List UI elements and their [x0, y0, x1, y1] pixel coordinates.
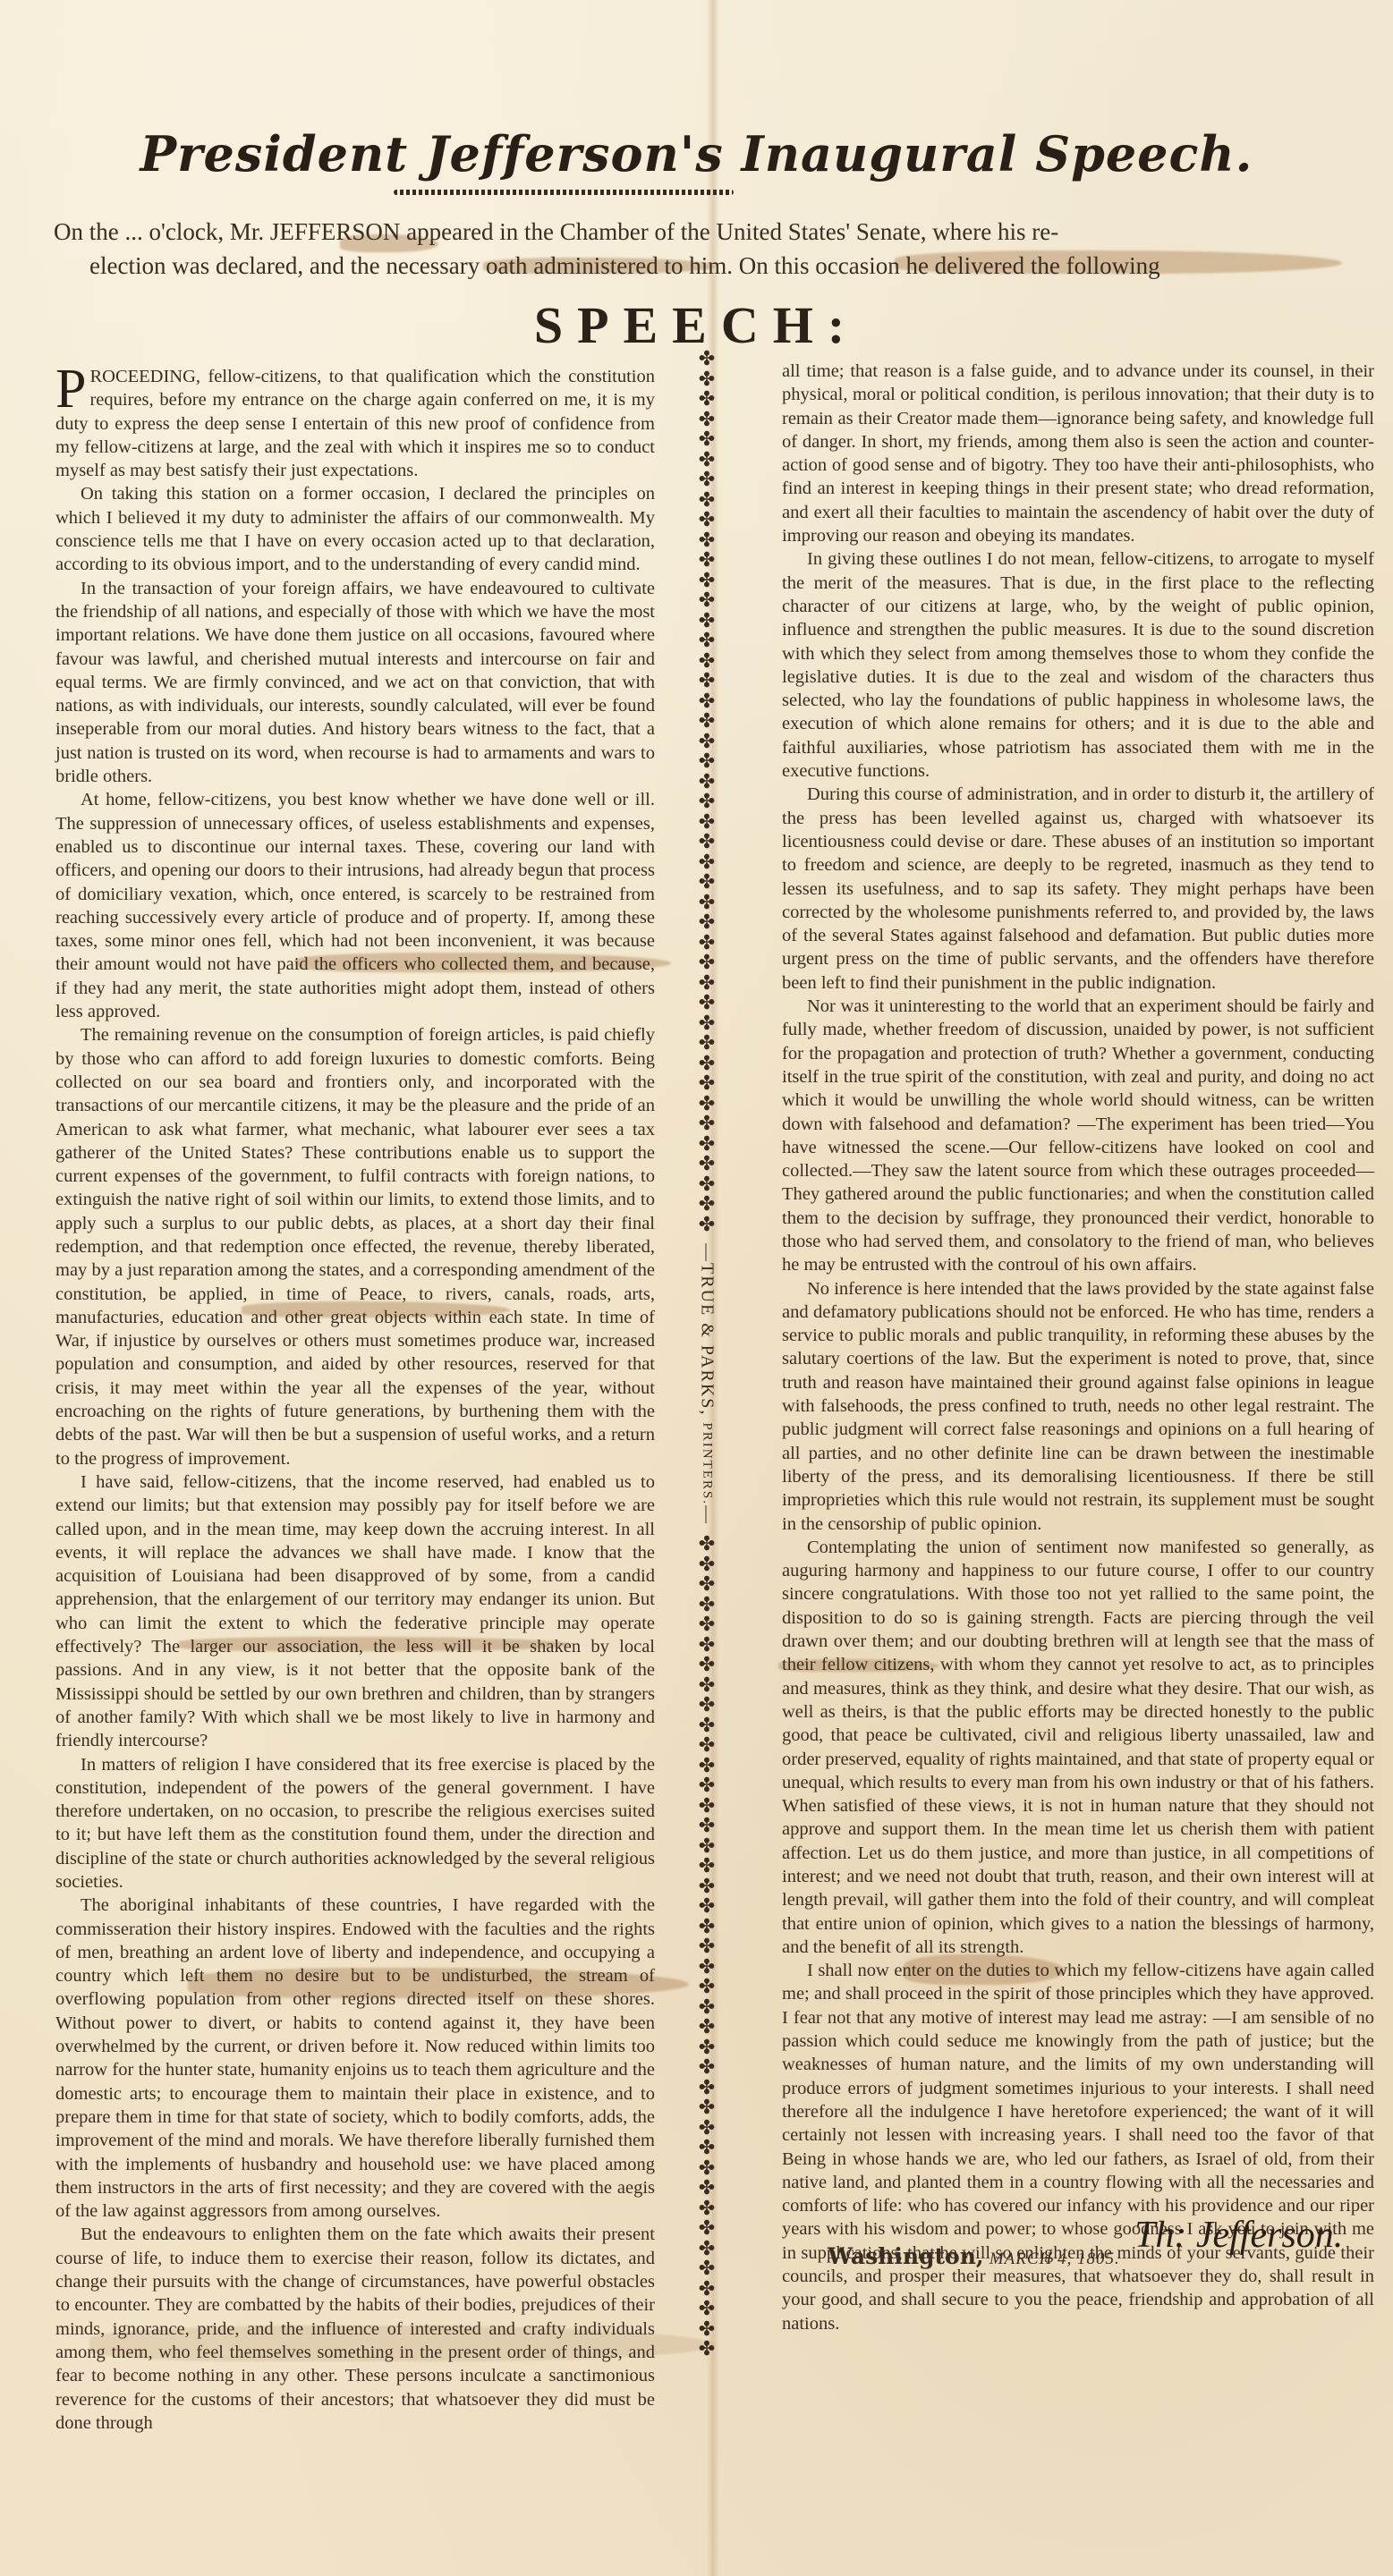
fleuron-icon: ✤ [699, 1534, 715, 1555]
paragraph: On taking this station on a former occas… [55, 482, 655, 576]
fleuron-icon: ✤ [699, 369, 715, 390]
fleuron-icon: ✤ [699, 1655, 715, 1675]
fleuron-icon: ✤ [699, 1094, 715, 1114]
fleuron-icon: ✤ [699, 872, 715, 893]
fleuron-icon: ✤ [699, 1775, 715, 1796]
fleuron-icon: ✤ [699, 751, 715, 772]
dateline-date: MARCH 4, 1805. [990, 2250, 1120, 2268]
fleuron-icon: ✤ [699, 2038, 715, 2058]
fleuron-icon: ✤ [699, 2279, 715, 2300]
title-ornament-rule [394, 190, 734, 195]
fleuron-icon: ✤ [699, 1174, 715, 1195]
intro-text: On the ... o'clock, Mr. JEFFERSON appear… [54, 215, 1342, 283]
paragraph: all time; that reason is a false guide, … [782, 360, 1374, 547]
fleuron-icon: ✤ [699, 2138, 715, 2158]
fleuron-icon: ✤ [699, 2017, 715, 2038]
fleuron-icon: ✤ [699, 1796, 715, 1817]
fleuron-icon: ✤ [699, 2097, 715, 2118]
paragraph: In giving these outlines I do not mean, … [782, 547, 1374, 783]
fleuron-icon: ✤ [699, 1977, 715, 1997]
fleuron-strip-bottom: ✤✤✤✤✤✤✤✤✤✤✤✤✤✤✤✤✤✤✤✤✤✤✤✤✤✤✤✤✤✤✤✤✤✤✤✤✤✤✤✤… [699, 1534, 715, 2360]
fleuron-icon: ✤ [699, 1836, 715, 1857]
fleuron-icon: ✤ [699, 893, 715, 913]
fleuron-icon: ✤ [699, 973, 715, 994]
fleuron-icon: ✤ [699, 1917, 715, 1937]
fleuron-icon: ✤ [699, 953, 715, 973]
fleuron-icon: ✤ [699, 510, 715, 530]
fleuron-icon: ✤ [699, 1054, 715, 1074]
fleuron-icon: ✤ [699, 1877, 715, 1897]
paragraph: In matters of religion I have considered… [55, 1753, 655, 1894]
printer-name: TRUE & PARKS, [698, 1263, 718, 1416]
fleuron-icon: ✤ [699, 993, 715, 1013]
fleuron-icon: ✤ [699, 1635, 715, 1656]
fleuron-icon: ✤ [699, 1013, 715, 1034]
document-title: President Jefferson's Inaugural Speech. [0, 125, 1393, 182]
intro-line-1: On the ... o'clock, Mr. JEFFERSON appear… [54, 218, 1058, 245]
fleuron-icon: ✤ [699, 2057, 715, 2078]
fleuron-icon: ✤ [699, 1555, 715, 1575]
fleuron-icon: ✤ [699, 349, 715, 369]
fleuron-icon: ✤ [699, 792, 715, 812]
fleuron-icon: ✤ [699, 389, 715, 410]
fleuron-icon: ✤ [699, 1033, 715, 1054]
drop-cap: P [55, 367, 86, 411]
fleuron-icon: ✤ [699, 571, 715, 591]
fleuron-icon: ✤ [699, 1154, 715, 1174]
left-column: PROCEEDING, fellow-citizens, to that qua… [55, 365, 655, 2435]
fleuron-icon: ✤ [699, 1957, 715, 1978]
fleuron-icon: ✤ [699, 611, 715, 631]
printer-role: PRINTERS. [701, 1422, 715, 1505]
paragraph: PROCEEDING, fellow-citizens, to that qua… [55, 365, 655, 482]
fleuron-icon: ✤ [699, 1716, 715, 1736]
paragraph: In the transaction of your foreign affai… [55, 577, 655, 789]
speech-heading: SPEECH: [0, 295, 1393, 355]
fleuron-icon: ✤ [699, 2178, 715, 2199]
fleuron-icon: ✤ [699, 832, 715, 852]
paragraph: No inference is here intended that the l… [782, 1277, 1374, 1536]
fleuron-icon: ✤ [699, 2158, 715, 2179]
fleuron-icon: ✤ [699, 1215, 715, 1235]
paragraph: The aboriginal inhabitants of these coun… [55, 1894, 655, 2223]
fleuron-icon: ✤ [699, 711, 715, 732]
fleuron-icon: ✤ [699, 912, 715, 933]
paragraph: But the endeavours to enlighten them on … [55, 2223, 655, 2435]
fleuron-icon: ✤ [699, 812, 715, 833]
paragraph: I shall now enter on the duties to which… [782, 1959, 1374, 2335]
fleuron-icon: ✤ [699, 2218, 715, 2239]
fleuron-icon: ✤ [699, 671, 715, 691]
paragraph: The remaining revenue on the consumption… [55, 1023, 655, 1470]
fleuron-icon: ✤ [699, 470, 715, 490]
fleuron-icon: ✤ [699, 1735, 715, 1756]
paragraph: I have said, fellow-citizens, that the i… [55, 1470, 655, 1753]
fleuron-icon: ✤ [699, 550, 715, 571]
dateline-place: Washington, [828, 2243, 984, 2269]
right-column: all time; that reason is a false guide, … [782, 360, 1374, 2335]
fleuron-icon: ✤ [699, 2299, 715, 2319]
fleuron-icon: ✤ [699, 2078, 715, 2098]
fleuron-icon: ✤ [699, 732, 715, 752]
fleuron-icon: ✤ [699, 590, 715, 611]
fleuron-icon: ✤ [699, 933, 715, 953]
fleuron-icon: ✤ [699, 490, 715, 511]
fleuron-icon: ✤ [699, 1073, 715, 1094]
dateline: Washington, MARCH 4, 1805. [828, 2243, 1120, 2270]
fleuron-icon: ✤ [699, 651, 715, 672]
fleuron-icon: ✤ [699, 1614, 715, 1635]
intro-line-2: election was declared, and the necessary… [54, 249, 1342, 283]
fleuron-icon: ✤ [699, 1856, 715, 1877]
paragraph: Nor was it uninteresting to the world th… [782, 995, 1374, 1277]
fleuron-icon: ✤ [699, 1936, 715, 1957]
fleuron-icon: ✤ [699, 2258, 715, 2279]
paragraph: During this course of administration, an… [782, 783, 1374, 995]
fleuron-icon: ✤ [699, 2319, 715, 2340]
fleuron-icon: ✤ [699, 1695, 715, 1716]
printer-imprint: —TRUE & PARKS, PRINTERS.— [697, 1234, 718, 1534]
fleuron-icon: ✤ [699, 2199, 715, 2219]
fleuron-icon: ✤ [699, 1756, 715, 1776]
signature: Th: Jefferson. [1134, 2214, 1343, 2257]
fleuron-icon: ✤ [699, 2118, 715, 2139]
fleuron-icon: ✤ [699, 1114, 715, 1134]
fleuron-icon: ✤ [699, 1134, 715, 1155]
fleuron-icon: ✤ [699, 450, 715, 470]
fleuron-icon: ✤ [699, 1574, 715, 1595]
fleuron-icon: ✤ [699, 1896, 715, 1917]
fleuron-icon: ✤ [699, 691, 715, 712]
fleuron-icon: ✤ [699, 1816, 715, 1836]
center-ornament-column: ✤✤✤✤✤✤✤✤✤✤✤✤✤✤✤✤✤✤✤✤✤✤✤✤✤✤✤✤✤✤✤✤✤✤✤✤✤✤✤✤… [691, 349, 723, 2388]
fleuron-icon: ✤ [699, 1675, 715, 1696]
fleuron-icon: ✤ [699, 631, 715, 651]
fleuron-icon: ✤ [699, 410, 715, 430]
fleuron-icon: ✤ [699, 2339, 715, 2360]
fleuron-icon: ✤ [699, 429, 715, 450]
fleuron-icon: ✤ [699, 1595, 715, 1615]
paragraph: Contemplating the union of sentiment now… [782, 1536, 1374, 1959]
fleuron-icon: ✤ [699, 1194, 715, 1215]
fleuron-icon: ✤ [699, 852, 715, 873]
broadside-sheet: President Jefferson's Inaugural Speech. … [0, 0, 1393, 2576]
fleuron-icon: ✤ [699, 772, 715, 792]
fleuron-icon: ✤ [699, 1997, 715, 2018]
fleuron-icon: ✤ [699, 2239, 715, 2259]
fleuron-strip-top: ✤✤✤✤✤✤✤✤✤✤✤✤✤✤✤✤✤✤✤✤✤✤✤✤✤✤✤✤✤✤✤✤✤✤✤✤✤✤✤✤… [699, 349, 715, 1234]
fleuron-icon: ✤ [699, 530, 715, 551]
paragraph: At home, fellow-citizens, you best know … [55, 788, 655, 1023]
